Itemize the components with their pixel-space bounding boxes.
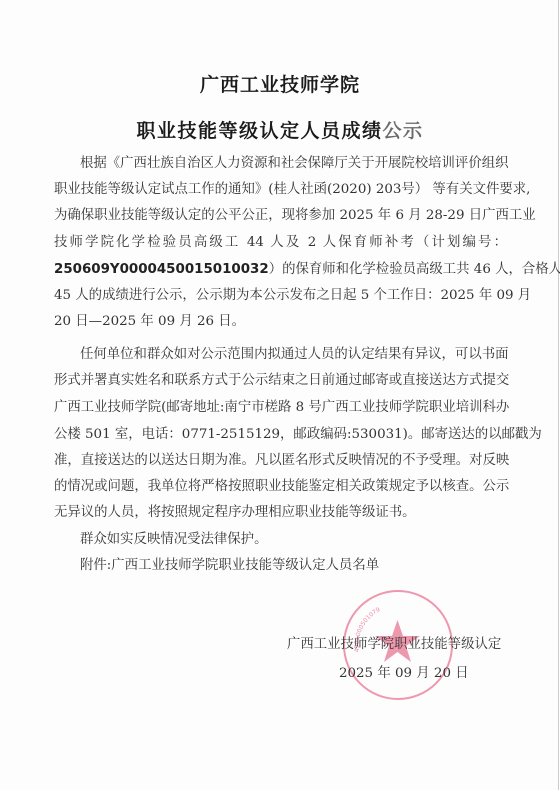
paragraph1-line-rest: ）的保育师和化学检验员高级工共 46 人，合格人数 (269, 262, 560, 277)
paragraph2-line: 无异议的人员，将按照规定程序办理相应职业技能等级证书。 (54, 504, 507, 522)
subtitle-tail: 公示 (383, 120, 424, 142)
document-title: 广西工业技师学院 (0, 70, 560, 97)
subtitle-main: 职业技能等级认定人员成绩 (136, 120, 382, 142)
document-subtitle: 职业技能等级认定人员成绩公示 (0, 116, 560, 143)
paragraph1-line: 为确保职业技能等级认定的公平公正，现将参加 2025 年 6 月 28-29 日… (54, 207, 507, 225)
attachment-link[interactable]: 附件:广西工业技师学院职业技能等级认定人员名单 (80, 557, 507, 575)
paragraph1-line: 45 人的成绩进行公示，公示期为本公示发布之日起 5 个工作日：2025 年 0… (54, 287, 507, 305)
signature-organization: 广西工业技师学院职业技能等级认定 (287, 633, 501, 652)
paragraph2-line: 公楼 501 室，电话：0771-2515129，邮政编码:530031)。邮寄… (54, 426, 507, 444)
paragraph2-line: 任何单位和群众如对公示范围内拟通过人员的认定结果有异议，可以书面 (80, 346, 507, 364)
paragraph1-line-plan: 250609Y0000450015010032）的保育师和化学检验员高级工共 4… (54, 261, 507, 279)
paragraph2-line: 的情况或问题，我单位将严格按照职业技能鉴定相关政策规定予以核查。公示 (54, 478, 507, 496)
paragraph2-line: 形式并署真实姓名和联系方式于公示结束之日前通过邮寄或直接送达方式提交 (54, 372, 507, 390)
signature-date: 2025 年 09 月 20 日 (339, 662, 469, 681)
legal-protection-note: 群众如实反映情况受法律保护。 (80, 531, 507, 549)
paragraph2-line: 广西工业技师学院(邮寄地址:南宁市槎路 8 号广西工业技师学院职业培训科办 (54, 399, 507, 417)
plan-number: 250609Y0000450015010032 (54, 262, 269, 277)
paragraph1-line: 20 日—2025 年 09 月 26 日。 (54, 313, 507, 331)
paragraph1-line: 职业技能等级认定试点工作的通知》(桂人社函(2020) 203号） 等有关文件要… (54, 181, 507, 199)
paragraph1-line: 技师学院化学检验员高级工 44 人及 2 人保育师补考（计划编号： (54, 234, 507, 252)
paragraph2-line: 准，直接送达的以送达日期为准。凡以匿名形式反映情况的不予受理。对反映 (54, 452, 507, 470)
paragraph1-line: 根据《广西壮族自治区人力资源和社会保障厅关于开展院校培训评价组织 (80, 155, 507, 173)
